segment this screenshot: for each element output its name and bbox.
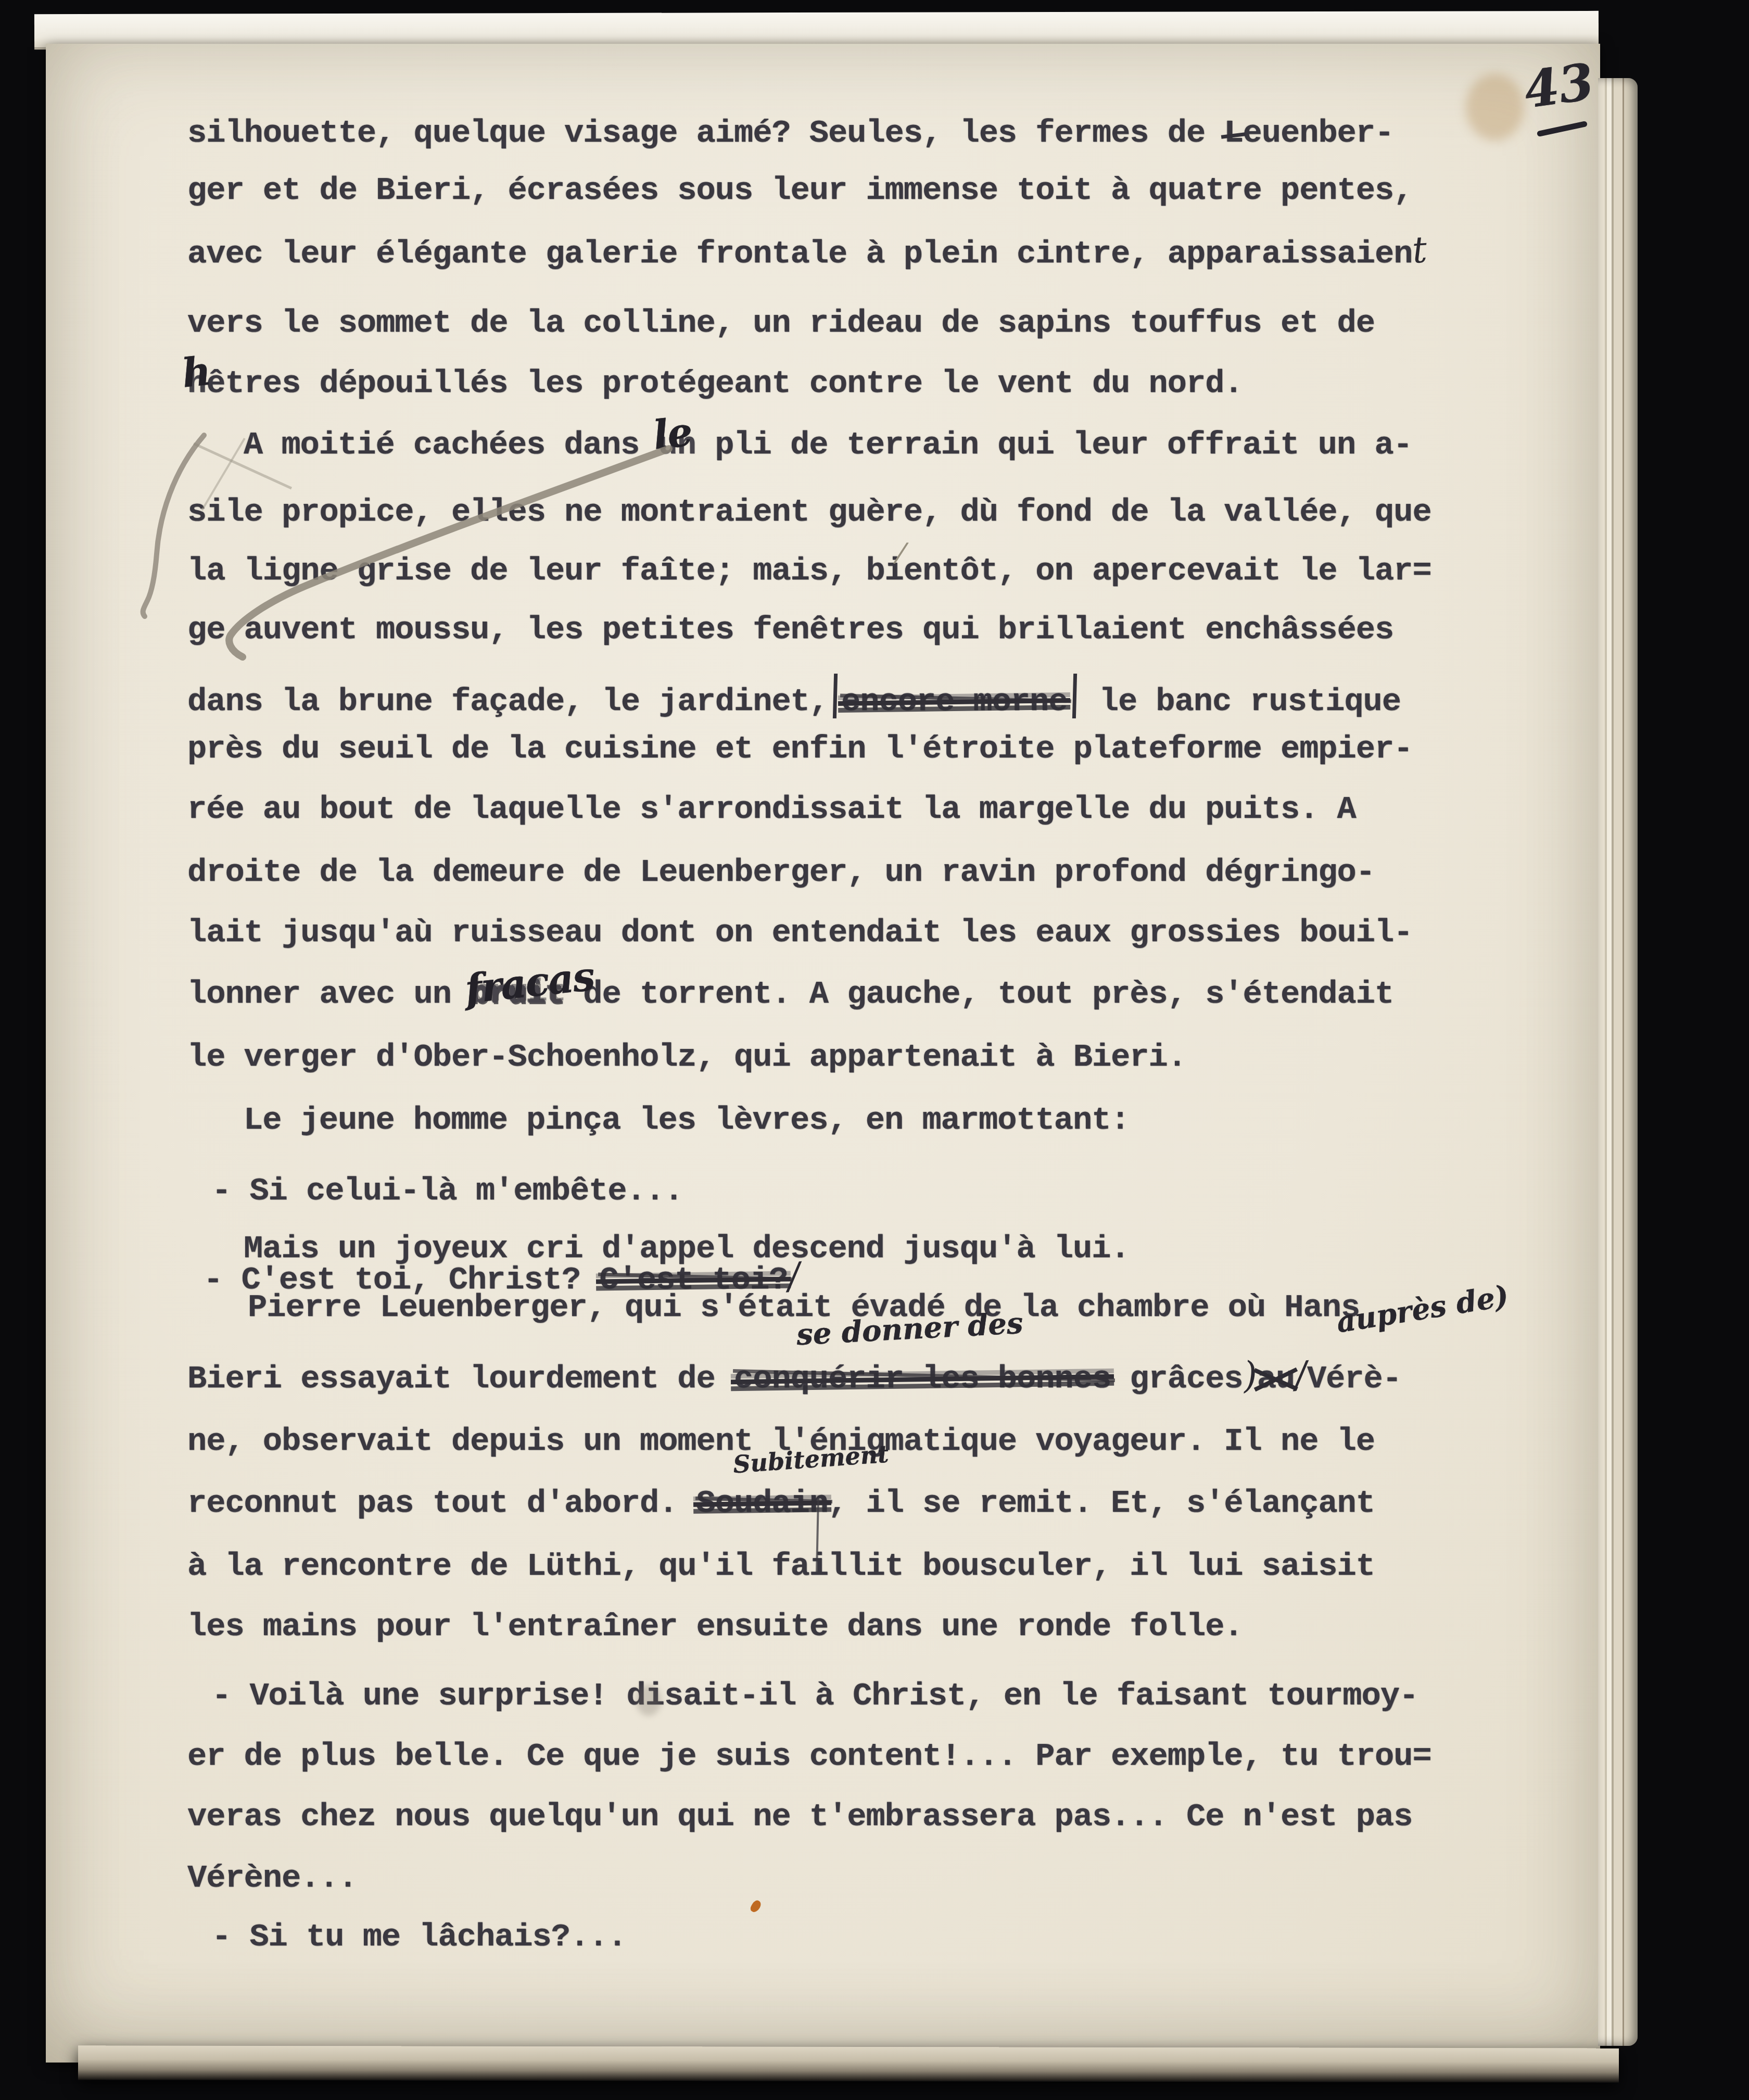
handwritten-insertion-aupres-de: auprès de) bbox=[1334, 1279, 1511, 1339]
struck-word-x: au bbox=[1257, 1360, 1295, 1398]
typescript-line: près du seuil de la cuisine et enfin l'é… bbox=[187, 730, 1412, 768]
typescript-line: Bieri essayait lourdement de conquérir l… bbox=[187, 1356, 1401, 1398]
typescript-line: silhouette, quelque visage aimé? Seules,… bbox=[187, 114, 1393, 153]
typed-text: veras chez nous quelqu'un qui ne t'embra… bbox=[187, 1798, 1412, 1835]
scanned-typescript-photo: { "page": { "number": "43.", "language":… bbox=[0, 0, 1749, 2100]
typed-text: pli de terrain qui leur offrait un a- bbox=[696, 426, 1412, 463]
struck-text: conquérir les bonnes bbox=[734, 1360, 1111, 1398]
typed-text: grâces bbox=[1111, 1360, 1243, 1397]
typescript-line: er de plus belle. Ce que je suis content… bbox=[187, 1737, 1431, 1776]
ink-bar bbox=[1072, 674, 1076, 718]
typescript-line: - Si celui-là m'embête... bbox=[212, 1172, 683, 1210]
typed-text: avec leur élégante galerie frontale à pl… bbox=[187, 235, 1412, 272]
typescript-page: silhouette, quelque visage aimé? Seules,… bbox=[46, 44, 1600, 2063]
paper-stain bbox=[1466, 74, 1524, 141]
typescript-line: - Si tu me lâchais?... bbox=[212, 1918, 627, 1956]
typescript-line: reconnut pas tout d'abord. Soudain, il s… bbox=[187, 1484, 1375, 1523]
handwritten-text: h bbox=[180, 351, 212, 393]
overwritten-word: unle bbox=[658, 426, 696, 464]
page-stack-right-edge bbox=[1598, 78, 1638, 2046]
typed-text: er de plus belle. Ce que je suis content… bbox=[187, 1738, 1431, 1775]
typescript-line: lait jusqu'aù ruisseau dont on entendait… bbox=[187, 914, 1412, 952]
overwritten-word: bruitfracas bbox=[470, 975, 564, 1014]
typed-text: êtres dépouillés les protégeant contre l… bbox=[206, 365, 1243, 402]
typed-text: Le jeune homme pinça les lèvres, en marm… bbox=[244, 1102, 1130, 1138]
typed-text: ge auvent moussu, les petites fenêtres q… bbox=[187, 611, 1393, 648]
typed-text: ger et de Bieri, écrasées sous leur imme… bbox=[187, 172, 1412, 209]
erased-character-smudge bbox=[636, 1685, 661, 1716]
typescript-line: A moitié cachées dans unle pli de terrai… bbox=[244, 426, 1412, 464]
typescript-line: Le jeune homme pinça les lèvres, en marm… bbox=[244, 1101, 1130, 1140]
typed-text: , il se remit. Et, s'élançant bbox=[828, 1485, 1375, 1522]
struck-text: encore morne bbox=[841, 682, 1067, 721]
page-number-underline bbox=[1537, 121, 1588, 137]
typed-text: A moitié cachées dans bbox=[244, 426, 658, 463]
typescript-line: Vérène... bbox=[187, 1859, 357, 1897]
typescript-line: dans la brune façade, le jardinet,encore… bbox=[187, 674, 1401, 721]
typed-text: dans la brune façade, le jardinet, bbox=[187, 683, 828, 720]
typescript-line: rée au bout de laquelle s'arrondissait l… bbox=[187, 790, 1356, 829]
typed-text: reconnut pas tout d'abord. bbox=[187, 1485, 696, 1522]
typed-text: rée au bout de laquelle s'arrondissait l… bbox=[187, 791, 1356, 828]
typed-text: les mains pour l'entraîner ensuite dans … bbox=[187, 1608, 1243, 1645]
typescript-line: avec leur élégante galerie frontale à pl… bbox=[187, 231, 1427, 273]
typescript-line: veras chez nous quelqu'un qui ne t'embra… bbox=[187, 1798, 1412, 1836]
typescript-line: hhêtres dépouillés les protégeant contre… bbox=[187, 364, 1243, 403]
typed-text: lonner avec un bbox=[187, 976, 470, 1013]
orange-speck bbox=[749, 1899, 763, 1914]
typed-text: - Voilà une surprise! disait-il à Christ… bbox=[212, 1677, 1418, 1714]
typed-text: le verger d'Ober-Schoenholz, qui apparte… bbox=[187, 1039, 1186, 1076]
typescript-line: ger et de Bieri, écrasées sous leur imme… bbox=[187, 171, 1412, 210]
typed-text: droite de la demeure de Leuenberger, un … bbox=[187, 854, 1375, 891]
struck-text: Soudain bbox=[696, 1484, 828, 1523]
typescript-line: ge auvent moussu, les petites fenêtres q… bbox=[187, 611, 1393, 649]
typescript-line: les mains pour l'entraîner ensuite dans … bbox=[187, 1608, 1243, 1646]
ink-bar bbox=[833, 674, 838, 718]
typed-text: Vérène... bbox=[187, 1859, 357, 1896]
typed-text: lait jusqu'aù ruisseau dont on entendait… bbox=[187, 914, 1412, 951]
typed-text: de torrent. A gauche, tout près, s'étend… bbox=[564, 976, 1393, 1013]
page-stack-bottom-edge bbox=[78, 2045, 1619, 2082]
typescript-line: vers le sommet de la colline, un rideau … bbox=[187, 304, 1375, 343]
typed-text: à la rencontre de Lüthi, qu'il faillit b… bbox=[187, 1548, 1375, 1585]
typescript-line: sile propice, elles ne montraient guère,… bbox=[187, 493, 1431, 532]
handwritten-text: / bbox=[1294, 1355, 1309, 1394]
typescript-line: - Voilà une surprise! disait-il à Christ… bbox=[212, 1677, 1418, 1715]
typed-text: Vérè- bbox=[1307, 1360, 1401, 1397]
handwritten-text: fracas bbox=[463, 957, 596, 1009]
typed-text: le banc rustique bbox=[1081, 683, 1401, 720]
typescript-line: la ligne grise de leur faîte; mais, bien… bbox=[187, 552, 1431, 590]
typescript-line: le verger d'Ober-Schoenholz, qui apparte… bbox=[187, 1038, 1186, 1077]
typed-text: près du seuil de la cuisine et enfin l'é… bbox=[187, 730, 1412, 767]
typed-text: sile propice, elles ne montraient guère,… bbox=[187, 494, 1431, 530]
typescript-line: à la rencontre de Lüthi, qu'il faillit b… bbox=[187, 1547, 1375, 1586]
overwritten-word: hh bbox=[187, 364, 206, 403]
typed-text: euenber- bbox=[1243, 115, 1394, 151]
typescript-line: lonner avec un bruitfracas de torrent. A… bbox=[187, 975, 1393, 1014]
typed-text: Bieri essayait lourdement de bbox=[187, 1360, 734, 1397]
typed-text: - Si celui-là m'embête... bbox=[212, 1172, 683, 1209]
handwritten-text: le bbox=[651, 412, 693, 454]
handwritten-text: t bbox=[1411, 230, 1428, 270]
overtyped-char: L bbox=[1224, 114, 1243, 153]
typed-text: silhouette, quelque visage aimé? Seules,… bbox=[187, 115, 1224, 151]
typed-text: la ligne grise de leur faîte; mais, bien… bbox=[187, 552, 1431, 589]
typescript-line: droite de la demeure de Leuenberger, un … bbox=[187, 853, 1375, 892]
typed-text: - Si tu me lâchais?... bbox=[212, 1918, 627, 1955]
typed-text: vers le sommet de la colline, un rideau … bbox=[187, 305, 1375, 341]
